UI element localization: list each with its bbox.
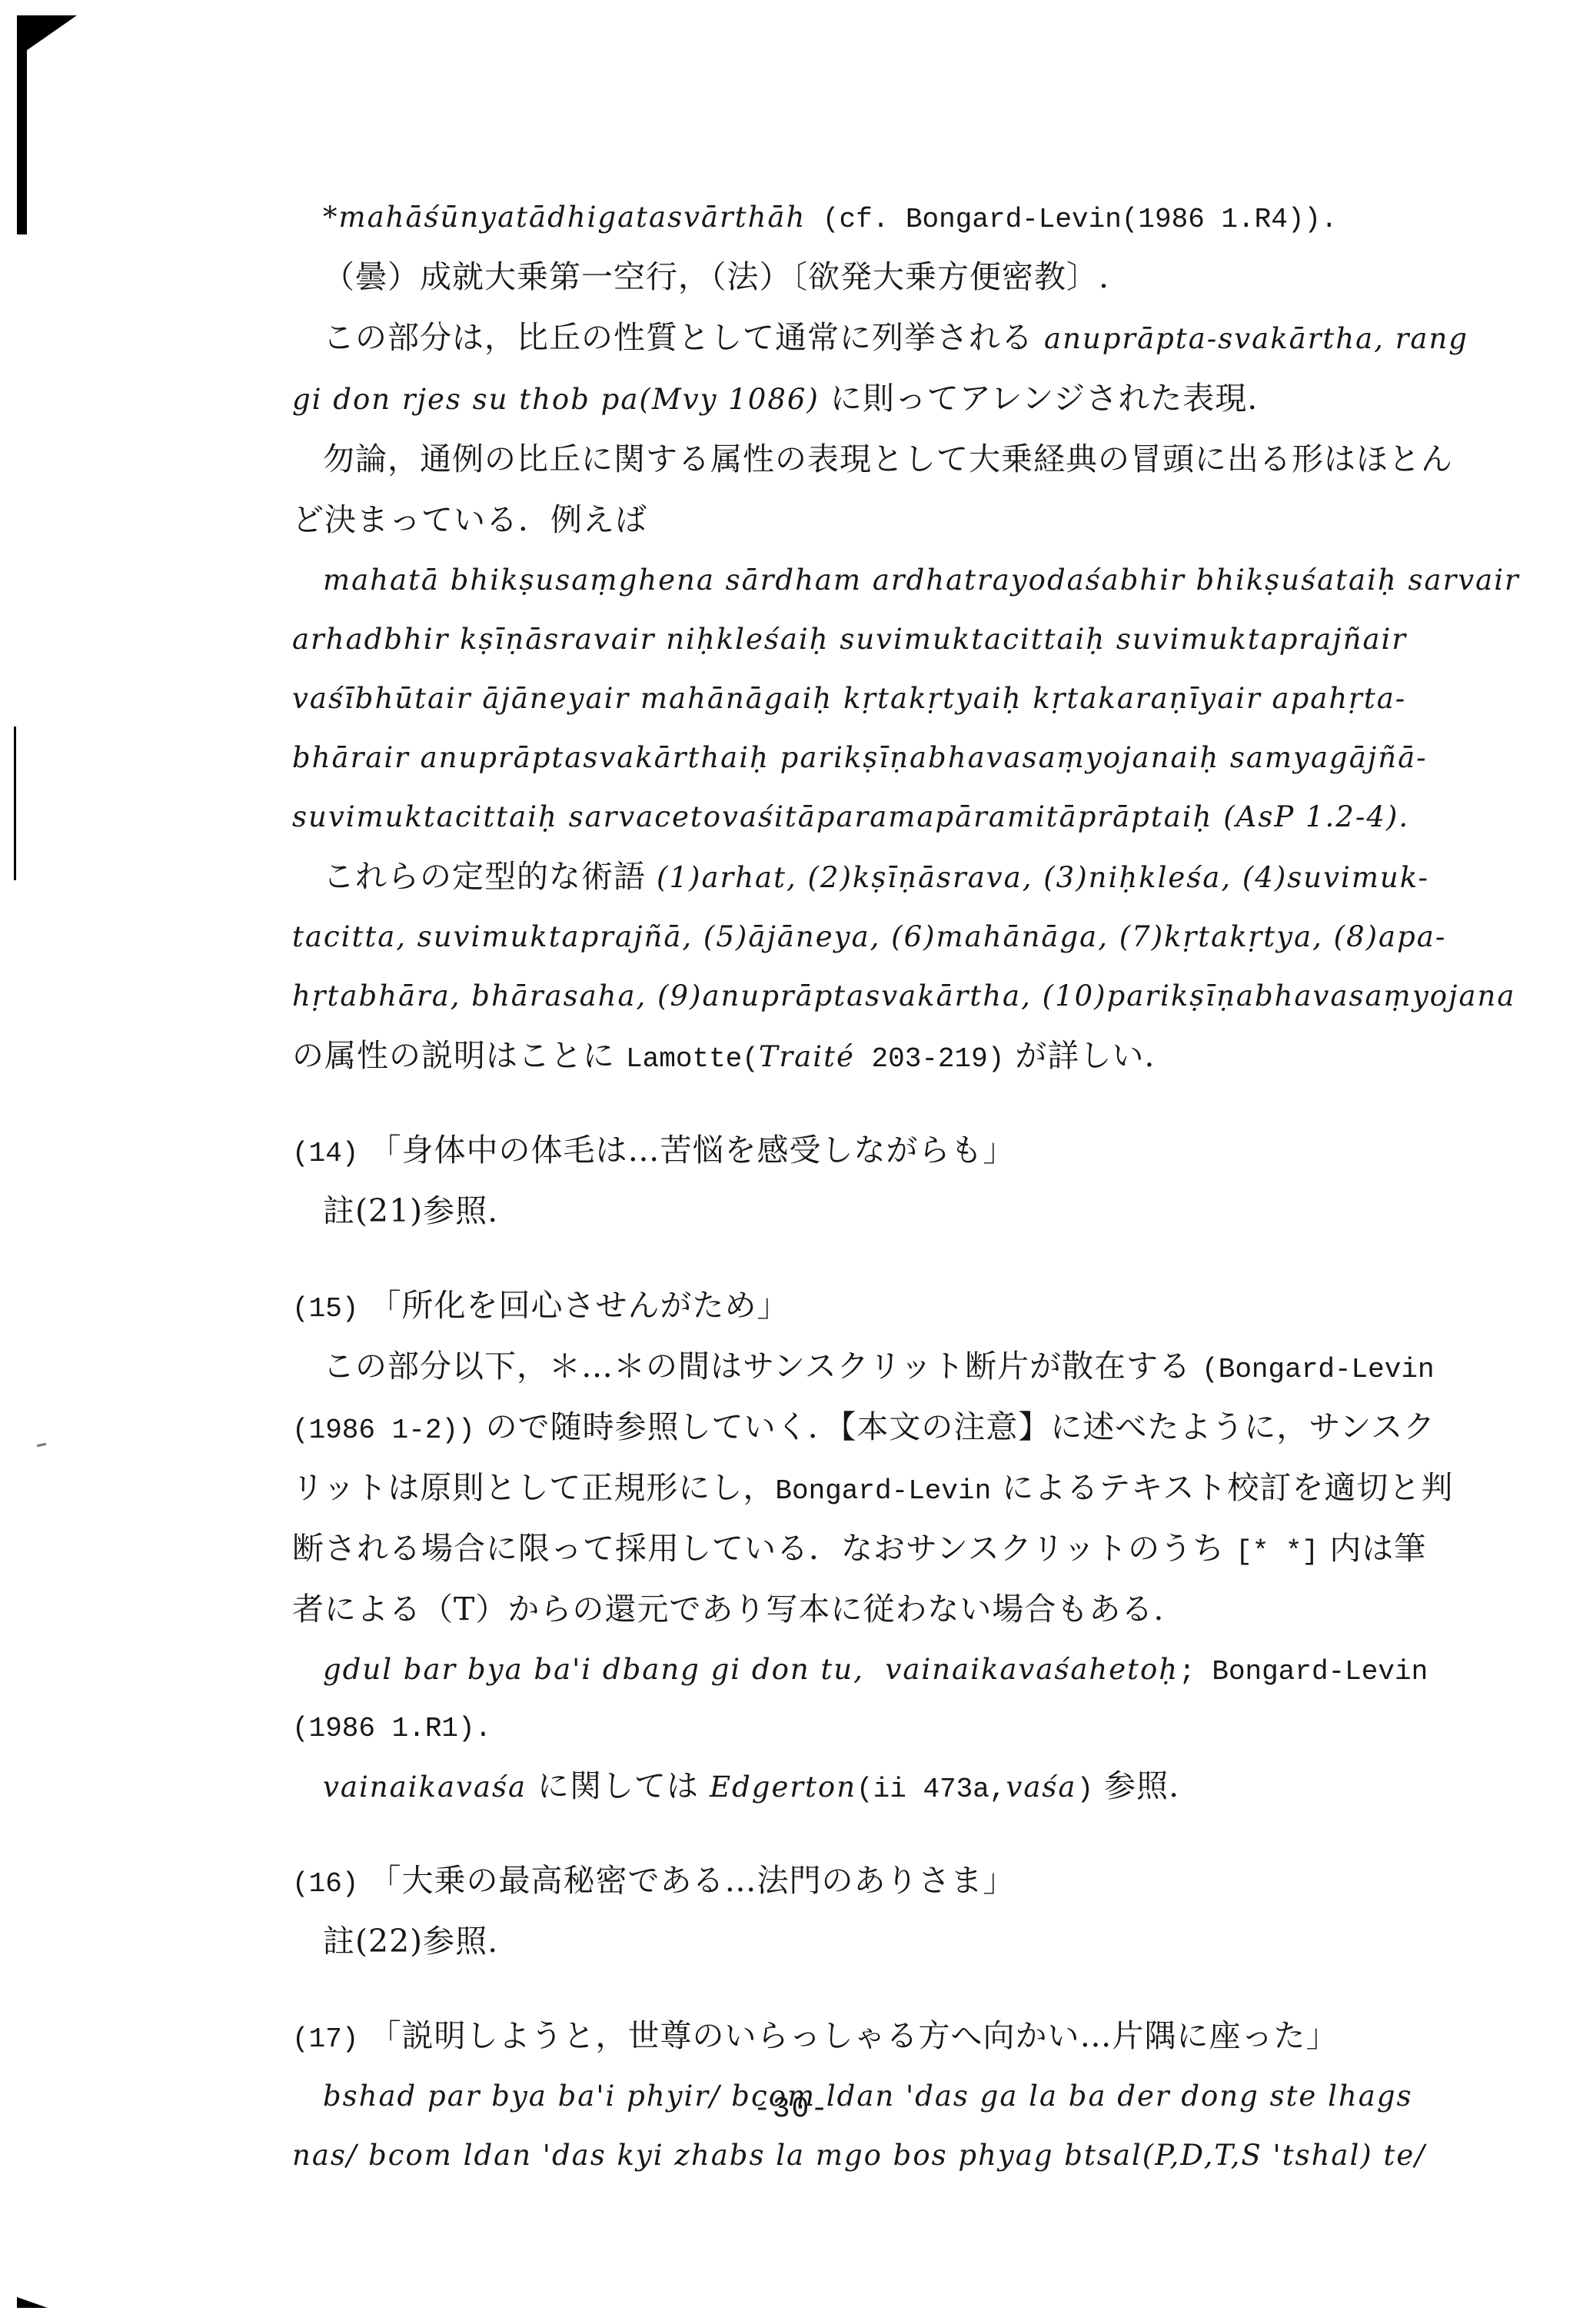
text-segment: が詳しい.: [1004, 1037, 1155, 1074]
text-line: vaśībhūtair ājāneyair mahānāgaiḥ kṛtakṛt…: [292, 672, 1522, 731]
text-line: （曇）成就大乗第一空行，（法）〔欲発大乗方便密教〕.: [292, 250, 1522, 311]
text-line: 断される場合に限って採用している．なおサンスクリットのうち [* *] 内は筆: [292, 1521, 1522, 1582]
text-segment: ので随時参照していく．【本文の注意】に述べたように，サンスク: [475, 1408, 1435, 1445]
text-segment: (1986 1.R1).: [292, 1713, 491, 1744]
section-note-13-continuation: *mahāśūnyatādhigatasvārthāh (cf. Bongard…: [292, 191, 1522, 1089]
text-segment: リットは原則として正規形にし，: [292, 1469, 775, 1506]
text-line: この部分は，比丘の性質として通常に列挙される anuprāpta-svakārt…: [292, 311, 1522, 371]
text-segment: この部分以下，＊…＊の間はサンスクリット断片が散在する: [323, 1348, 1202, 1385]
text-line: bhārair anuprāptasvakārthaiḥ parikṣīṇabh…: [292, 731, 1522, 790]
text-segment: この部分は，比丘の性質として通常に列挙される: [323, 319, 1044, 356]
text-segment: gdul bar bya ba'i dbang gi don tu, vaina…: [323, 1653, 1179, 1686]
text-segment: (1986 1-2)): [292, 1415, 475, 1446]
text-line: tacitta, suvimuktaprajñā, (5)ājāneya, (6…: [292, 910, 1522, 969]
text-segment: ; Bongard-Levin: [1179, 1656, 1428, 1687]
text-line: ど決まっている．例えば: [292, 493, 1522, 554]
text-segment: 者による（T）からの還元であり写本に従わない場合もある.: [292, 1591, 1164, 1627]
text-segment: arhadbhir kṣīṇāsravair niḥkleśaiḥ suvimu…: [292, 623, 1407, 656]
text-segment: nas/ bcom ldan 'das kyi zhabs la mgo bos…: [292, 2139, 1426, 2172]
text-line: gdul bar bya ba'i dbang gi don tu, vaina…: [292, 1643, 1522, 1702]
text-line: 註(22)参照.: [292, 1914, 1522, 1975]
text-segment: の属性の説明はことに: [292, 1037, 626, 1074]
text-segment: 断される場合に限って採用している．なおサンスクリットのうち: [292, 1530, 1235, 1567]
text-segment: (15): [292, 1293, 358, 1325]
text-segment: 参照.: [1093, 1767, 1179, 1804]
text-line: mahatā bhikṣusaṃghena sārdham ardhatrayo…: [292, 554, 1522, 613]
text-segment: vaśībhūtair ājāneyair mahānāgaiḥ kṛtakṛt…: [292, 682, 1406, 715]
text-line: hṛtabhāra, bhārasaha, (9)anuprāptasvakār…: [292, 969, 1522, 1029]
text-segment: mahatā bhikṣusaṃghena sārdham ardhatrayo…: [323, 564, 1520, 597]
scan-artifact-left-tick: [37, 1443, 46, 1447]
text-segment: (1)arhat, (2)kṣīṇāsrava, (3)niḥkleśa, (4…: [657, 861, 1429, 894]
text-segment: suvimuktacittaiḥ sarvacetovaśitāparamapā…: [292, 800, 1409, 833]
text-segment: 「身体中の体毛は…苦悩を感受しながらも」: [358, 1132, 1015, 1169]
text-segment: 「説明しようと，世尊のいらっしゃる方へ向かい…片隅に座った」: [358, 2017, 1338, 2054]
text-line: arhadbhir kṣīṇāsravair niḥkleśaiḥ suvimu…: [292, 613, 1522, 672]
text-line: (1986 1.R1).: [292, 1702, 1522, 1759]
text-segment: に則ってアレンジされた表現.: [820, 380, 1258, 417]
text-segment: gi don rjes su thob pa(Mvy 1086): [292, 383, 820, 416]
text-segment: anuprāpta-svakārtha, rang: [1044, 322, 1468, 355]
text-line: (15) 「所化を回心させんがため」: [292, 1278, 1522, 1339]
text-segment: 内は筆: [1319, 1530, 1426, 1567]
text-segment: tacitta, suvimuktaprajñā, (5)ājāneya, (6…: [292, 920, 1446, 953]
text-segment: 「所化を回心させんがため」: [358, 1287, 789, 1324]
text-segment: ど決まっている．例えば: [292, 501, 647, 538]
page-number: -30-: [0, 2093, 1583, 2126]
text-segment: 註(22)参照.: [323, 1923, 498, 1960]
text-line: 勿論，通例の比丘に関する属性の表現として大乗経典の冒頭に出る形はほとん: [292, 432, 1522, 493]
text-line: (1986 1-2)) ので随時参照していく．【本文の注意】に述べたように，サン…: [292, 1400, 1522, 1461]
text-segment: Lamotte(: [626, 1043, 759, 1075]
text-segment: *mahāśūnyatādhigatasvārthāh: [323, 201, 806, 234]
text-segment: vainaikavaśa: [323, 1770, 527, 1804]
text-line: これらの定型的な術語 (1)arhat, (2)kṣīṇāsrava, (3)n…: [292, 849, 1522, 910]
text-segment: ): [1076, 1774, 1093, 1805]
text-line: リットは原則として正規形にし，Bongard-Levin によるテキスト校訂を適…: [292, 1461, 1522, 1521]
text-segment: Edgerton: [710, 1770, 856, 1804]
text-line: この部分以下，＊…＊の間はサンスクリット断片が散在する (Bongard-Lev…: [292, 1339, 1522, 1400]
document-page: *mahāśūnyatādhigatasvārthāh (cf. Bongard…: [0, 0, 1583, 2324]
text-line: gi don rjes su thob pa(Mvy 1086) に則ってアレン…: [292, 371, 1522, 432]
text-segment: (Bongard-Levin: [1202, 1354, 1434, 1385]
text-segment: (16): [292, 1868, 358, 1900]
text-segment: (17): [292, 2023, 358, 2055]
text-line: 註(21)参照.: [292, 1184, 1522, 1245]
document-content: *mahāśūnyatādhigatasvārthāh (cf. Bongard…: [292, 191, 1522, 2188]
text-segment: これらの定型的な術語: [323, 858, 657, 895]
text-segment: 註(21)参照.: [323, 1192, 498, 1229]
text-line: *mahāśūnyatādhigatasvārthāh (cf. Bongard…: [292, 191, 1522, 250]
text-segment: （曇）成就大乗第一空行，（法）〔欲発大乗方便密教〕.: [323, 258, 1109, 295]
text-line: (17) 「説明しようと，世尊のいらっしゃる方へ向かい…片隅に座った」: [292, 2009, 1522, 2070]
text-line: の属性の説明はことに Lamotte(Traité 203-219) が詳しい.: [292, 1029, 1522, 1089]
text-line: (16) 「大乗の最高秘密である…法門のありさま」: [292, 1854, 1522, 1914]
text-segment: hṛtabhāra, bhārasaha, (9)anuprāptasvakār…: [292, 979, 1515, 1012]
text-segment: bhārair anuprāptasvakārthaiḥ parikṣīṇabh…: [292, 741, 1428, 774]
text-segment: vaśa: [1006, 1770, 1076, 1804]
text-line: nas/ bcom ldan 'das kyi zhabs la mgo bos…: [292, 2129, 1522, 2188]
section-note-14: (14) 「身体中の体毛は…苦悩を感受しながらも」註(21)参照.: [292, 1123, 1522, 1245]
text-segment: (cf. Bongard-Levin(1986 1.R4)).: [806, 204, 1337, 235]
text-segment: に関しては: [527, 1767, 710, 1804]
text-line: suvimuktacittaiḥ sarvacetovaśitāparamapā…: [292, 790, 1522, 849]
scan-artifact-bottom-left-wedge: [17, 2297, 48, 2308]
text-segment: Bongard-Levin: [775, 1475, 991, 1507]
text-segment: Traité: [759, 1040, 855, 1073]
section-note-15: (15) 「所化を回心させんがため」この部分以下，＊…＊の間はサンスクリット断片…: [292, 1278, 1522, 1820]
text-segment: 勿論，通例の比丘に関する属性の表現として大乗経典の冒頭に出る形はほとん: [323, 441, 1453, 477]
section-note-16: (16) 「大乗の最高秘密である…法門のありさま」註(22)参照.: [292, 1854, 1522, 1975]
text-segment: (14): [292, 1138, 358, 1169]
scan-artifact-left-hairline: [14, 726, 16, 880]
text-line: 者による（T）からの還元であり写本に従わない場合もある.: [292, 1582, 1522, 1643]
text-line: (14) 「身体中の体毛は…苦悩を感受しながらも」: [292, 1123, 1522, 1184]
text-segment: 「大乗の最高秘密である…法門のありさま」: [358, 1862, 1015, 1899]
text-segment: によるテキスト校訂を適切と判: [991, 1469, 1453, 1506]
text-line: vainaikavaśa に関しては Edgerton(ii 473a,vaśa…: [292, 1759, 1522, 1820]
text-segment: 203-219): [855, 1043, 1004, 1075]
scan-artifact-top-left-wedge: [26, 15, 77, 51]
text-segment: [* *]: [1235, 1536, 1319, 1568]
text-segment: (ii 473a,: [856, 1774, 1006, 1805]
